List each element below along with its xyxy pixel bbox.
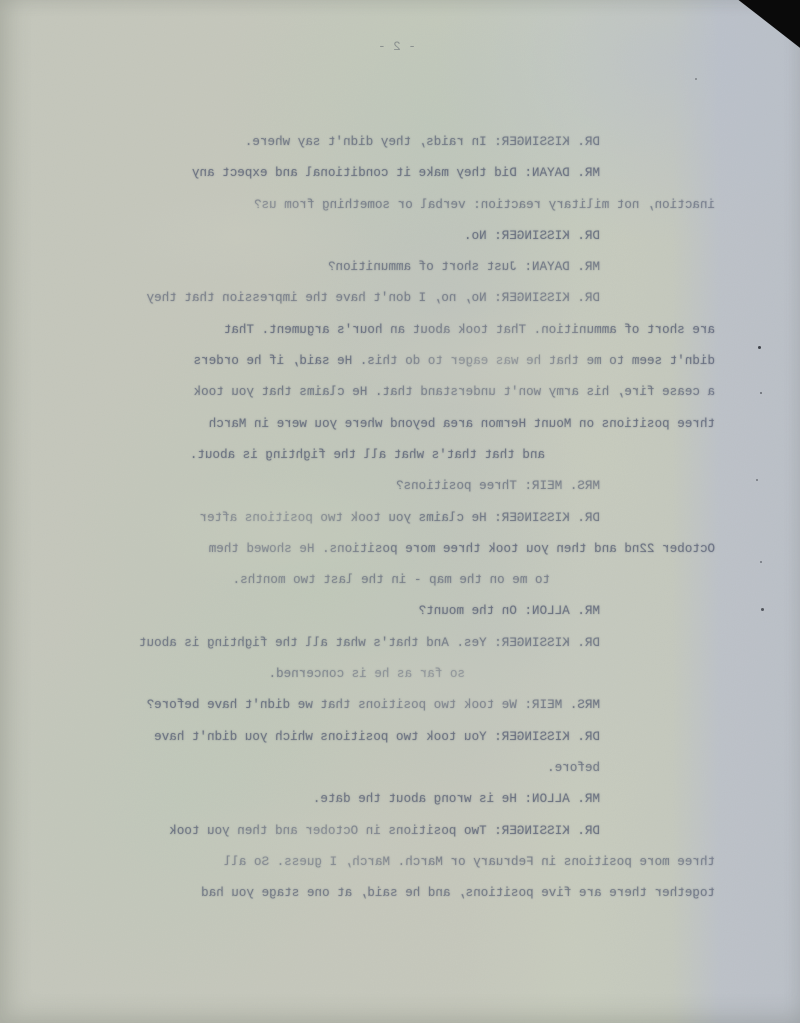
transcript-line: are short of ammunition. That took about… <box>85 315 715 346</box>
transcript-line: so far as he is concerned. <box>85 659 715 690</box>
transcript-line: inaction, not military reaction: verbal … <box>85 190 715 221</box>
transcript-line: a cease fire, his army won't understand … <box>85 377 715 408</box>
dust-speck <box>695 78 697 80</box>
dust-speck <box>760 561 762 563</box>
scanned-page: - 2 - DR. KISSINGER: In raids, they didn… <box>0 0 800 1023</box>
transcript-line: before. <box>85 753 715 784</box>
transcript-line: DR. KISSINGER: Two positions in October … <box>85 816 715 847</box>
transcript-line: MR. ALLON: On the mount? <box>85 596 715 627</box>
torn-corner <box>725 0 800 52</box>
transcript-line: MR. DAYAN: Just short of ammunition? <box>85 252 715 283</box>
transcript-line: MR. ALLON: He is wrong about the date. <box>85 784 715 815</box>
transcript-line: didn't seem to me that he was eager to d… <box>85 346 715 377</box>
transcript-line: DR. KISSINGER: No. <box>85 221 715 252</box>
transcript-line: MRS. MEIR: We took two positions that we… <box>85 690 715 721</box>
transcript-line: three more positions in February or Marc… <box>85 847 715 878</box>
dust-speck <box>761 608 764 611</box>
transcript-line: DR. KISSINGER: He claims you took two po… <box>85 503 715 534</box>
dust-speck <box>760 392 762 394</box>
transcript-line: and that that's what all the fighting is… <box>85 440 715 471</box>
transcript-line: MRS. MEIR: Three positions? <box>85 471 715 502</box>
transcript-line: DR. KISSINGER: No, no, I don't have the … <box>85 283 715 314</box>
transcript-line: DR. KISSINGER: Yes. And that's what all … <box>85 628 715 659</box>
dust-speck <box>756 479 758 481</box>
transcript-line: DR. KISSINGER: In raids, they didn't say… <box>85 127 715 158</box>
transcript-line: DR. KISSINGER: You took two positions wh… <box>85 722 715 753</box>
page-number: - 2 - <box>352 40 442 54</box>
transcript-bleed-text: DR. KISSINGER: In raids, they didn't say… <box>85 127 715 909</box>
transcript-line: October 22nd and then you took three mor… <box>85 534 715 565</box>
transcript-line: to me on the map - in the last two month… <box>85 565 715 596</box>
dust-speck <box>758 346 761 349</box>
transcript-line: three positions on Mount Hermon area bey… <box>85 409 715 440</box>
transcript-line: together there are five positions, and h… <box>85 878 715 909</box>
transcript-line: MR. DAYAN: Did they make it conditional … <box>85 158 715 189</box>
